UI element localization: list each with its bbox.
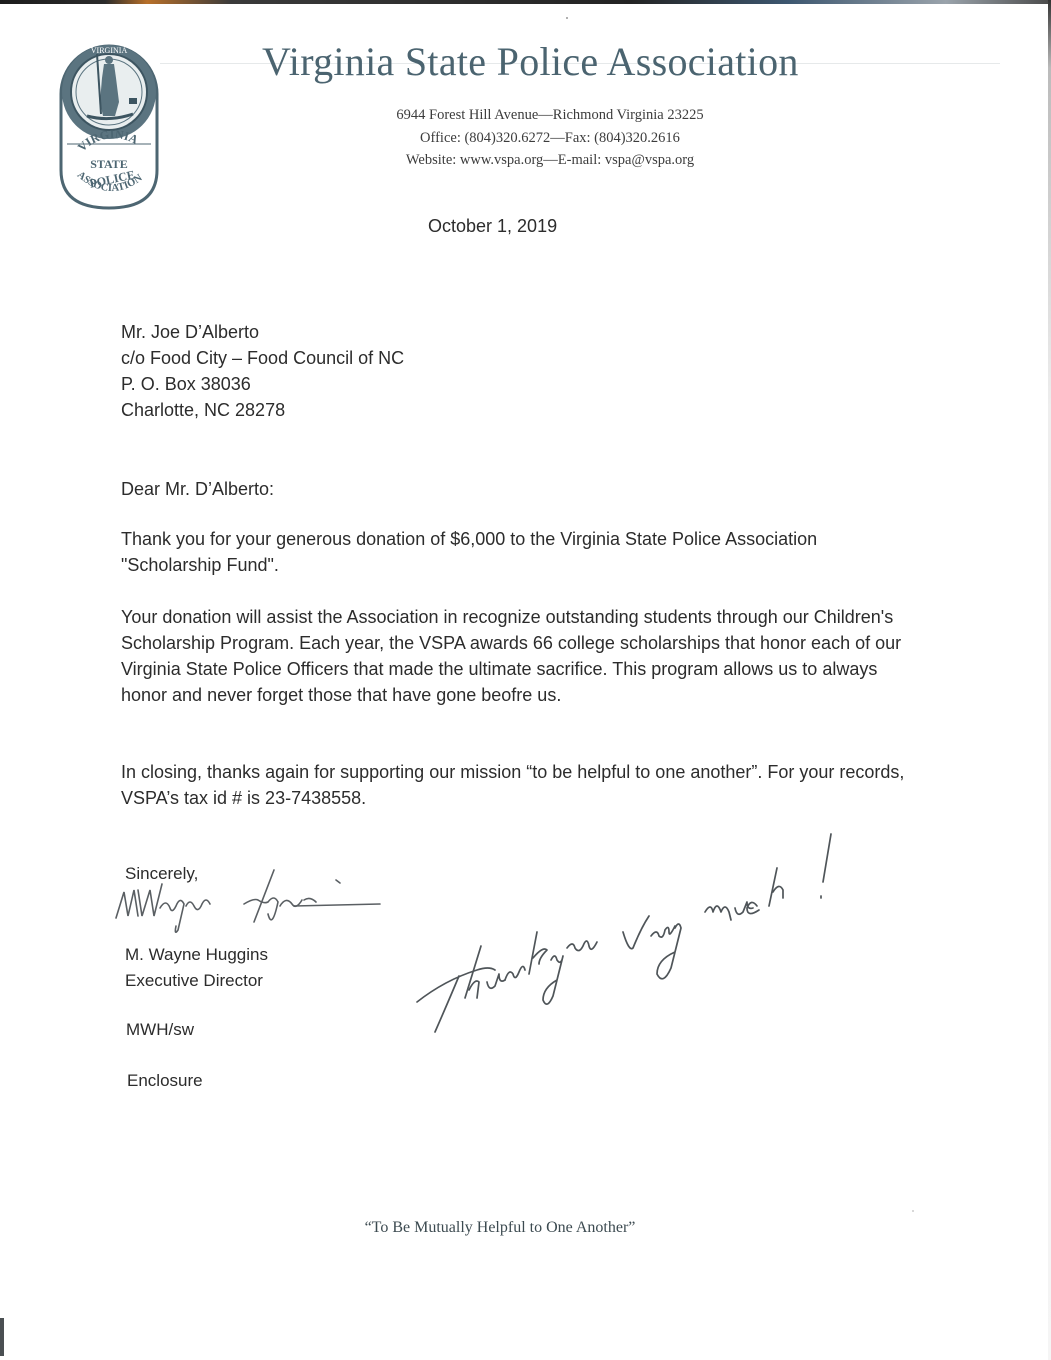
scan-edge-top	[0, 0, 1051, 4]
recipient-line: Charlotte, NC 28278	[121, 397, 921, 423]
footer-motto: “To Be Mutually Helpful to One Another”	[0, 1219, 1000, 1237]
handwritten-note-icon	[405, 820, 865, 1040]
scan-edge-mark	[0, 1318, 4, 1356]
signer-block: M. Wayne Huggins Executive Director	[125, 942, 268, 994]
address-line: 6944 Forest Hill Avenue—Richmond Virgini…	[340, 104, 760, 127]
recipient-line: c/o Food City – Food Council of NC	[121, 345, 921, 371]
recipient-line: Mr. Joe D’Alberto	[121, 319, 921, 345]
phone-fax-line: Office: (804)320.6272—Fax: (804)320.2616	[340, 127, 760, 150]
body-paragraph: In closing, thanks again for supporting …	[121, 759, 921, 811]
signer-title: Executive Director	[125, 968, 268, 994]
svg-text:VIRGINIA: VIRGINIA	[91, 46, 128, 55]
recipient-address: Mr. Joe D’Alberto c/o Food City – Food C…	[121, 319, 921, 423]
scan-speck	[566, 17, 568, 19]
handwritten-signature-icon	[104, 860, 394, 940]
enclosure-note: Enclosure	[127, 1071, 203, 1091]
body-paragraph: Your donation will assist the Associatio…	[121, 604, 921, 708]
typist-initials: MWH/sw	[126, 1020, 194, 1040]
salutation: Dear Mr. D’Alberto:	[121, 476, 921, 502]
signer-name: M. Wayne Huggins	[125, 942, 268, 968]
scan-speck	[912, 1210, 914, 1212]
body-paragraph: Thank you for your generous donation of …	[121, 526, 921, 578]
letterhead-contact: 6944 Forest Hill Avenue—Richmond Virgini…	[340, 104, 760, 172]
website-email-line: Website: www.vspa.org—E-mail: vspa@vspa.…	[340, 149, 760, 172]
association-seal-icon: VIRGINIA VIRGINIA STATE POLICE ASSOCIATI…	[57, 42, 161, 210]
organization-name: Virginia State Police Association	[262, 38, 799, 85]
recipient-line: P. O. Box 38036	[121, 371, 921, 397]
letter-date: October 1, 2019	[428, 216, 557, 237]
